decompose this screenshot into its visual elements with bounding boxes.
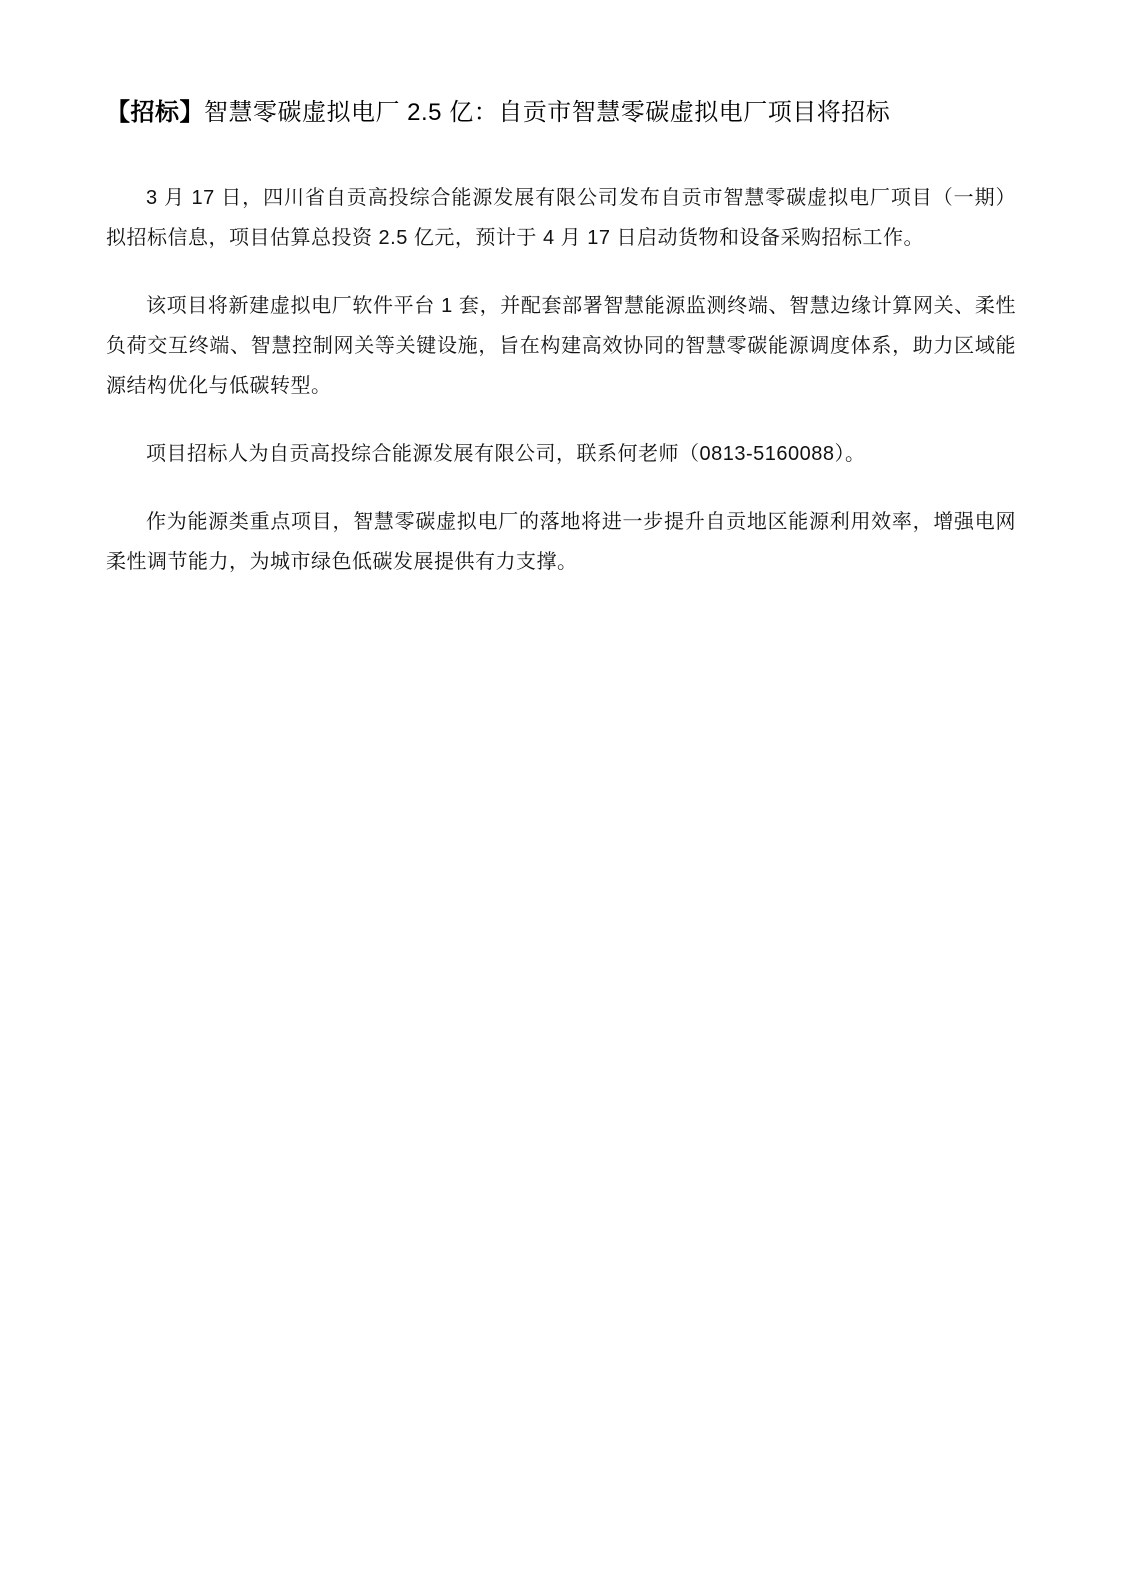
article-title: 【招标】智慧零碳虚拟电厂 2.5 亿：自贡市智慧零碳虚拟电厂项目将招标 <box>106 96 1016 130</box>
paragraph-significance: 作为能源类重点项目，智慧零碳虚拟电厂的落地将进一步提升自贡地区能源利用效率，增强… <box>106 502 1016 582</box>
paragraph-contact: 项目招标人为自贡高投综合能源发展有限公司，联系何老师（0813-5160088）… <box>106 434 1016 474</box>
article-title-text: 智慧零碳虚拟电厂 2.5 亿：自贡市智慧零碳虚拟电厂项目将招标 <box>204 99 890 126</box>
article-body: 3 月 17 日，四川省自贡高投综合能源发展有限公司发布自贡市智慧零碳虚拟电厂项… <box>106 178 1016 582</box>
paragraph-announcement: 3 月 17 日，四川省自贡高投综合能源发展有限公司发布自贡市智慧零碳虚拟电厂项… <box>106 178 1016 258</box>
article: 【招标】智慧零碳虚拟电厂 2.5 亿：自贡市智慧零碳虚拟电厂项目将招标 3 月 … <box>106 96 1016 582</box>
document-page: 【招标】智慧零碳虚拟电厂 2.5 亿：自贡市智慧零碳虚拟电厂项目将招标 3 月 … <box>0 0 1122 1587</box>
article-title-tag: 【招标】 <box>106 99 204 126</box>
paragraph-project-scope: 该项目将新建虚拟电厂软件平台 1 套，并配套部署智慧能源监测终端、智慧边缘计算网… <box>106 286 1016 406</box>
